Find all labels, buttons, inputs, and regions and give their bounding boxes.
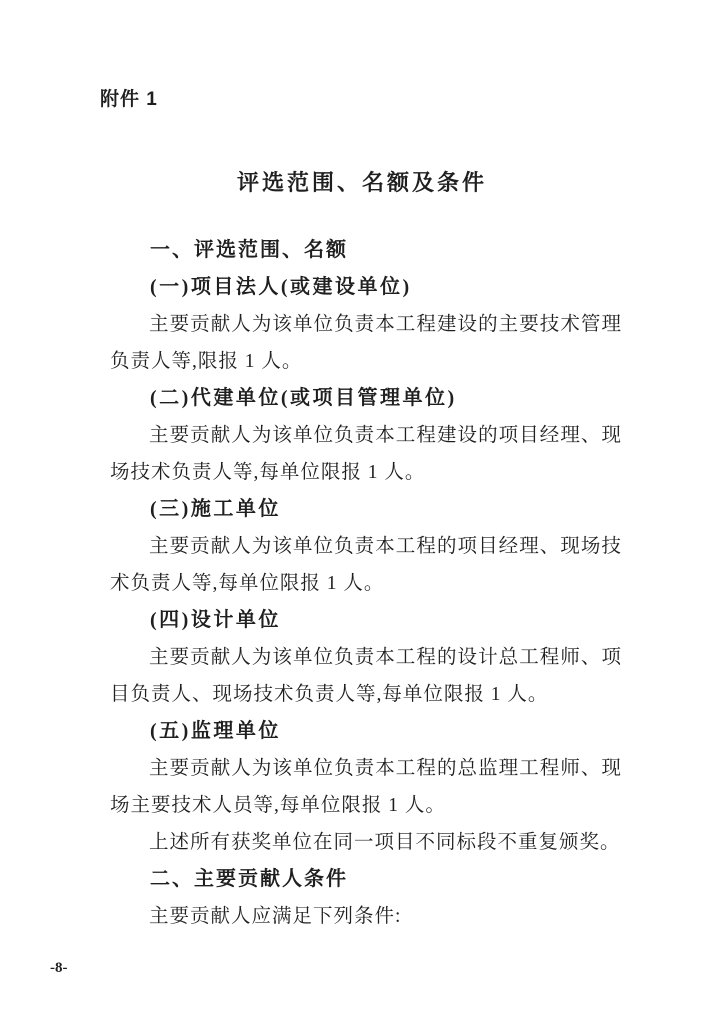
item-heading-1: (一)项目法人(或建设单位): [110, 269, 622, 306]
item-body-2: 主要贡献人为该单位负责本工程建设的项目经理、现场技术负责人等,每单位限报 1 人…: [110, 417, 622, 491]
item-body-3: 主要贡献人为该单位负责本工程的项目经理、现场技术负责人等,每单位限报 1 人。: [110, 528, 622, 602]
document-page: 附件 1 评选范围、名额及条件 一、评选范围、名额 (一)项目法人(或建设单位)…: [0, 0, 724, 1024]
item-heading-4: (四)设计单位: [110, 602, 622, 639]
page-title: 评选范围、名额及条件: [0, 166, 724, 197]
item-body-5: 主要贡献人为该单位负责本工程的总监理工程师、现场主要技术人员等,每单位限报 1 …: [110, 750, 622, 824]
page-number: -8-: [50, 960, 68, 977]
item-body-4: 主要贡献人为该单位负责本工程的设计总工程师、项目负责人、现场技术负责人等,每单位…: [110, 639, 622, 713]
note-paragraph: 上述所有获奖单位在同一项目不同标段不重复颁奖。: [110, 824, 622, 861]
document-body: 一、评选范围、名额 (一)项目法人(或建设单位) 主要贡献人为该单位负责本工程建…: [110, 232, 622, 935]
item-heading-2: (二)代建单位(或项目管理单位): [110, 380, 622, 417]
item-body-1: 主要贡献人为该单位负责本工程建设的主要技术管理负责人等,限报 1 人。: [110, 306, 622, 380]
section-heading-1: 一、评选范围、名额: [110, 232, 622, 269]
item-heading-3: (三)施工单位: [110, 491, 622, 528]
attachment-label: 附件 1: [100, 84, 158, 111]
section2-intro: 主要贡献人应满足下列条件:: [110, 898, 622, 935]
section-heading-2: 二、主要贡献人条件: [110, 861, 622, 898]
item-heading-5: (五)监理单位: [110, 713, 622, 750]
